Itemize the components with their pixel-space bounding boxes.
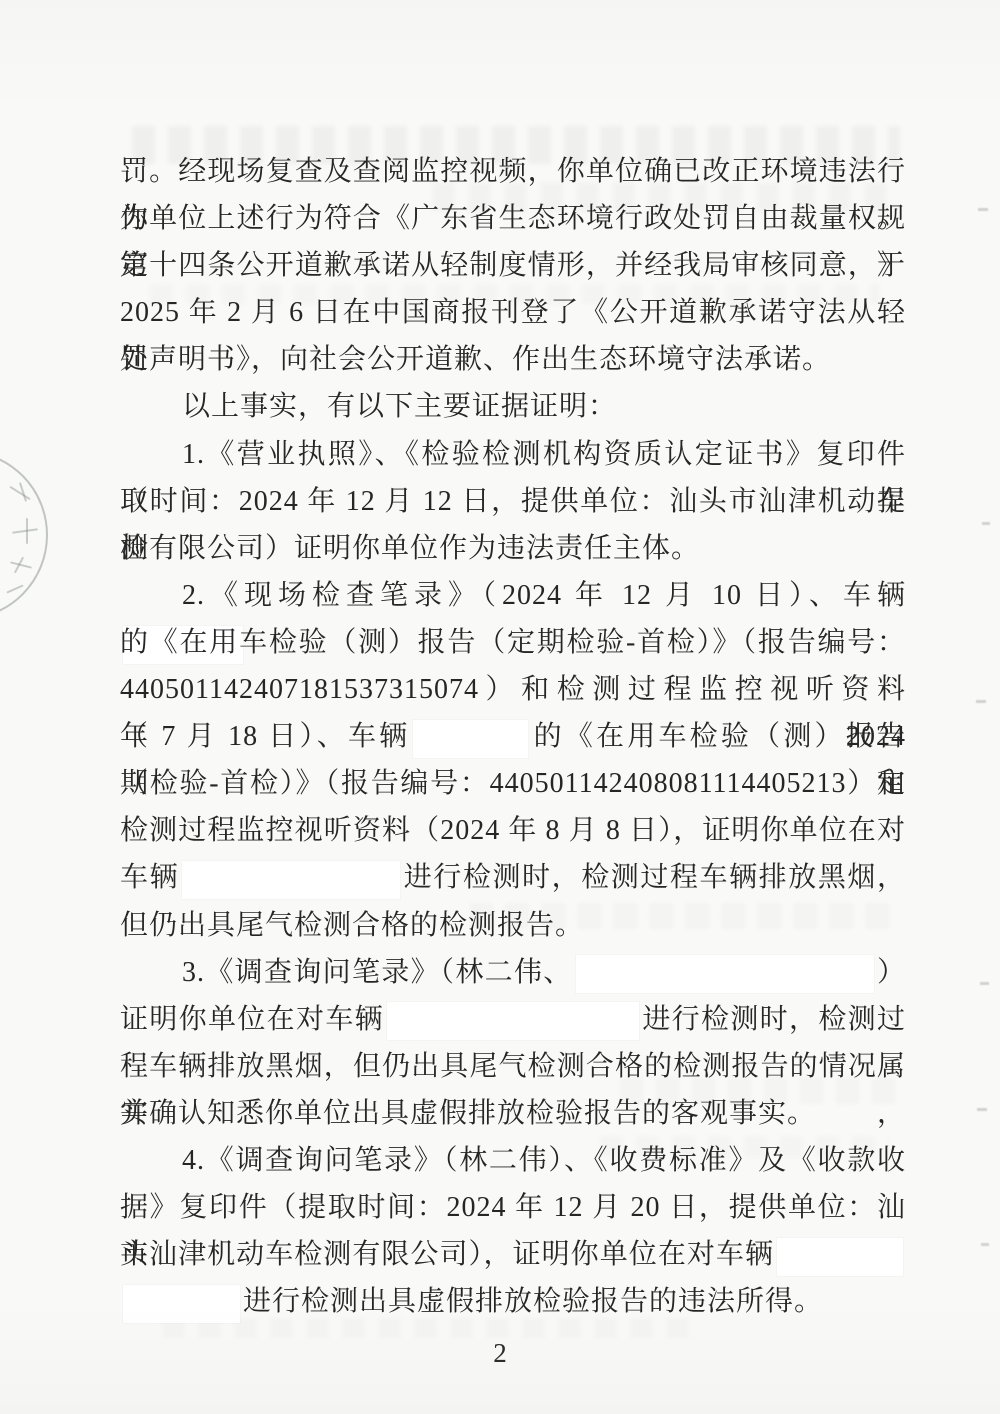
text-line: 检测过程监控视听资料（2024 年 8 月 8 日），证明你单位在对 bbox=[120, 807, 906, 854]
redaction-box bbox=[182, 861, 400, 899]
seal-stroke bbox=[12, 528, 38, 534]
text-line: 你单位上述行为符合《广东省生态环境行政处罚自由裁量权规定》 bbox=[120, 195, 906, 242]
text-segment: 测有限公司）证明你单位作为违法责任主体。 bbox=[120, 533, 700, 564]
text-segment: 年 7 月 18 日）、车辆 bbox=[120, 721, 410, 752]
text-segment: 罚声明书》，向社会公开道歉、作出生态环境守法承诺。 bbox=[120, 344, 831, 375]
text-line: 市汕津机动车检测有限公司），证明你单位在对车辆 bbox=[120, 1231, 906, 1278]
text-line: 的《在用车检验（测）报告（定期检验-首检）》（报告编号： bbox=[120, 619, 906, 666]
text-line: 3.《调查询问笔录》（林二伟、） bbox=[120, 949, 906, 996]
text-segment: 进行检测出具虚假排放检验报告的违法所得。 bbox=[243, 1286, 823, 1317]
text-segment: 的《在用车检验（测）报告（定期检验-首检）》（报告编号： bbox=[120, 627, 906, 658]
text-line: 年 7 月 18 日）、车辆的《在用车检验（测）报告（定 bbox=[120, 713, 906, 760]
text-line: 进行检测出具虚假排放检验报告的违法所得。 bbox=[120, 1278, 906, 1325]
text-segment: 进行检测时，检测过 bbox=[642, 1004, 906, 1035]
scan-edge-artifact bbox=[976, 700, 986, 703]
text-line: 1.《营业执照》、《检验检测机构资质认定证书》复印件（提 bbox=[120, 431, 906, 478]
text-line: 并确认知悉你单位出具虚假排放检验报告的客观事实。 bbox=[120, 1090, 906, 1137]
text-segment: 证明你单位在对车辆 bbox=[120, 1004, 384, 1035]
page-number: 2 bbox=[0, 1338, 1000, 1369]
scanned-document-page: 罚。经现场复查及查阅监控视频，你单位确已改正环境违法行为。你单位上述行为符合《广… bbox=[0, 0, 1000, 1414]
text-segment: 车辆 bbox=[120, 862, 179, 893]
text-line: 第十四条公开道歉承诺从轻制度情形，并经我局审核同意，于 bbox=[120, 242, 906, 289]
text-segment: 检测过程监控视听资料（2024 年 8 月 8 日），证明你单位在对 bbox=[120, 815, 906, 846]
text-segment: 但仍出具尾气检测合格的检测报告。 bbox=[120, 910, 584, 941]
text-line: 车辆进行检测时，检测过程车辆排放黑烟， bbox=[120, 854, 906, 901]
text-segment: ） bbox=[877, 957, 906, 988]
document-body: 罚。经现场复查及查阅监控视频，你单位确已改正环境违法行为。你单位上述行为符合《广… bbox=[120, 148, 906, 1325]
text-line: 程车辆排放黑烟，但仍出具尾气检测合格的检测报告的情况属实， bbox=[120, 1043, 906, 1090]
redaction-box bbox=[413, 720, 528, 758]
redaction-box bbox=[777, 1238, 903, 1276]
scan-edge-artifact bbox=[978, 208, 988, 211]
seal-stroke bbox=[6, 584, 23, 593]
redaction-box bbox=[387, 1002, 639, 1040]
official-seal-partial bbox=[0, 450, 48, 620]
text-segment: 4.《调查询问笔录》（林二伟）、《收费标准》及《收款收 bbox=[182, 1145, 906, 1176]
text-segment: 2.《现场检查笔录》（2024 年 12 月 10 日）、车辆 bbox=[182, 580, 906, 611]
text-line: 取时间：2024 年 12 月 12 日，提供单位：汕头市汕津机动车检 bbox=[120, 478, 906, 525]
text-line: 据》复印件（提取时间：2024 年 12 月 20 日，提供单位：汕头 bbox=[120, 1184, 906, 1231]
text-line: 证明你单位在对车辆进行检测时，检测过 bbox=[120, 996, 906, 1043]
scan-edge-artifact bbox=[980, 982, 989, 985]
scan-edge-artifact bbox=[977, 1108, 987, 1111]
text-segment: 3.《调查询问笔录》（林二伟、 bbox=[182, 957, 573, 988]
text-line: 期检验-首检）》（报告编号：440501142408081114405213）和 bbox=[120, 760, 906, 807]
text-segment: 以上事实，有以下主要证据证明： bbox=[182, 391, 617, 422]
text-segment: 第十四条公开道歉承诺从轻制度情形，并经我局审核同意，于 bbox=[120, 250, 906, 281]
text-line: 4.《调查询问笔录》（林二伟）、《收费标准》及《收款收 bbox=[120, 1137, 906, 1184]
seal-stroke bbox=[26, 518, 28, 544]
text-line: 以上事实，有以下主要证据证明： bbox=[120, 383, 906, 430]
text-segment: 进行检测时，检测过程车辆排放黑烟， bbox=[403, 862, 906, 893]
text-line: 440501142407181537315074）和检测过程监控视听资料（202… bbox=[120, 666, 906, 713]
text-line: 2.《现场检查笔录》（2024 年 12 月 10 日）、车辆 bbox=[120, 572, 906, 619]
text-segment: 期检验-首检）》（报告编号：440501142408081114405213）和 bbox=[120, 768, 906, 799]
text-line: 测有限公司）证明你单位作为违法责任主体。 bbox=[120, 525, 906, 572]
text-segment: 市汕津机动车检测有限公司），证明你单位在对车辆 bbox=[120, 1239, 774, 1270]
redaction-box bbox=[123, 1285, 240, 1323]
text-line: 罚声明书》，向社会公开道歉、作出生态环境守法承诺。 bbox=[120, 336, 906, 383]
scan-edge-artifact bbox=[981, 1243, 989, 1246]
text-segment: 并确认知悉你单位出具虚假排放检验报告的客观事实。 bbox=[120, 1098, 816, 1129]
text-line: 2025 年 2 月 6 日在中国商报刊登了《公开道歉承诺守法从轻处 bbox=[120, 289, 906, 336]
scan-edge-artifact bbox=[982, 522, 990, 525]
text-line: 罚。经现场复查及查阅监控视频，你单位确已改正环境违法行为。 bbox=[120, 148, 906, 195]
redaction-box bbox=[576, 955, 874, 993]
text-line: 但仍出具尾气检测合格的检测报告。 bbox=[120, 902, 906, 949]
